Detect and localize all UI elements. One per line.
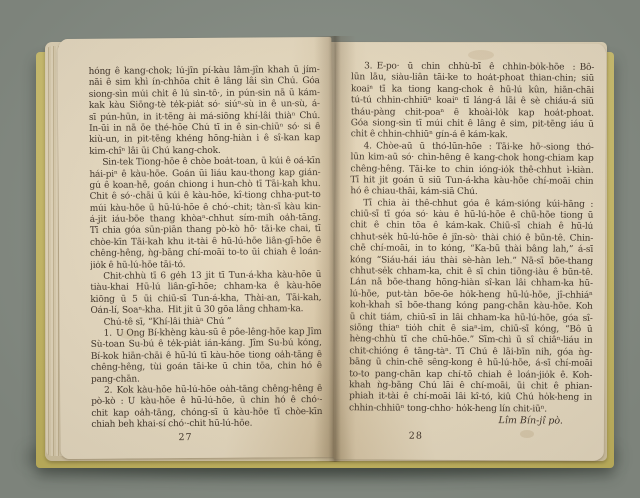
text-line: tú-tú chhin-chhiūⁿ koaiⁿ tī láng-á lāi ê… <box>351 95 594 108</box>
text-line: chêng-hêng, ǹg-bāng chí-moāi to-to ūi ch… <box>90 247 321 260</box>
report-signature: Lîm Bín-jî pò. <box>349 414 592 426</box>
text-line: lūn kim-aū só· chìn-hêng ê kang-chok hon… <box>351 152 594 165</box>
text-line: kiù-un, in pit-tēng khéng hōng-hiàn i ê … <box>89 133 320 146</box>
right-page: 3. Ē-po· ū chin chhù-bī ê chhin-bo̍k-hōe… <box>334 42 607 461</box>
right-page-text: 3. Ē-po· ū chin chhù-bī ê chhin-bo̍k-hōe… <box>349 61 594 416</box>
right-page-number: 28 <box>396 431 436 442</box>
text-line: Oán-lí, Soaⁿ-kha. Hit ji̍t ū 30 gōa lâng… <box>90 304 321 317</box>
book-photo: hóng ê kang-chok; lú-jîn pí-kàu lâm-jîn … <box>0 0 640 498</box>
text-line: chit kap oa̍h-tāng, chóng-sī ū kàu-hōe t… <box>91 407 322 420</box>
text-line: chē chí-moāi, in to kóng, “Ka-bū thài bâ… <box>350 244 593 257</box>
left-page: hóng ê kang-chok; lú-jîn pí-kàu lâm-jîn … <box>57 37 334 459</box>
text-line: chiah beh khai-sí chó·-chit hū-lú-hōe. <box>91 418 322 431</box>
text-line: chêng-hêng, tùi goán tāi-ke ū chin tōa, … <box>91 361 322 374</box>
left-page-number: 27 <box>165 432 205 443</box>
text-line: bāng ū chin-chē sêng-kong ê hū-lú-hōe, á… <box>349 357 592 370</box>
left-page-text: hóng ê kang-chok; lú-jîn pí-kàu lâm-jîn … <box>89 65 323 431</box>
text-line: koh-khah sī bōe-thang kóng pang-chān kàu… <box>350 300 593 313</box>
